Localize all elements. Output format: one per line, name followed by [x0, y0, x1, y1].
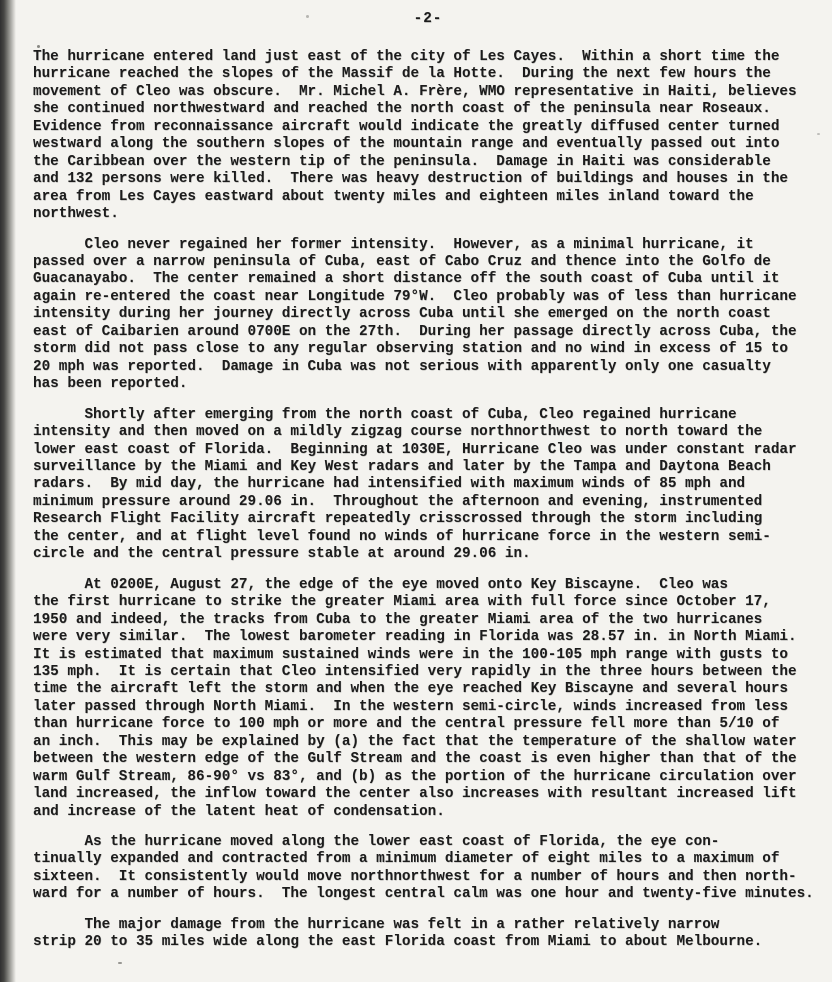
page-number: -2- [33, 11, 823, 28]
page-content: -2- The hurricane entered land just east… [33, 11, 823, 965]
body-paragraph-2: Cleo never regained her former intensity… [33, 237, 823, 394]
body-paragraph-3: Shortly after emerging from the north co… [33, 407, 823, 564]
body-paragraph-5: As the hurricane moved along the lower e… [33, 834, 823, 904]
body-paragraph-6: The major damage from the hurricane was … [33, 917, 823, 952]
body-paragraph-1: The hurricane entered land just east of … [33, 49, 823, 224]
body-paragraph-4: At 0200E, August 27, the edge of the eye… [33, 577, 823, 821]
scan-edge-shadow [0, 0, 16, 982]
scanned-document-page: -2- The hurricane entered land just east… [0, 0, 832, 982]
